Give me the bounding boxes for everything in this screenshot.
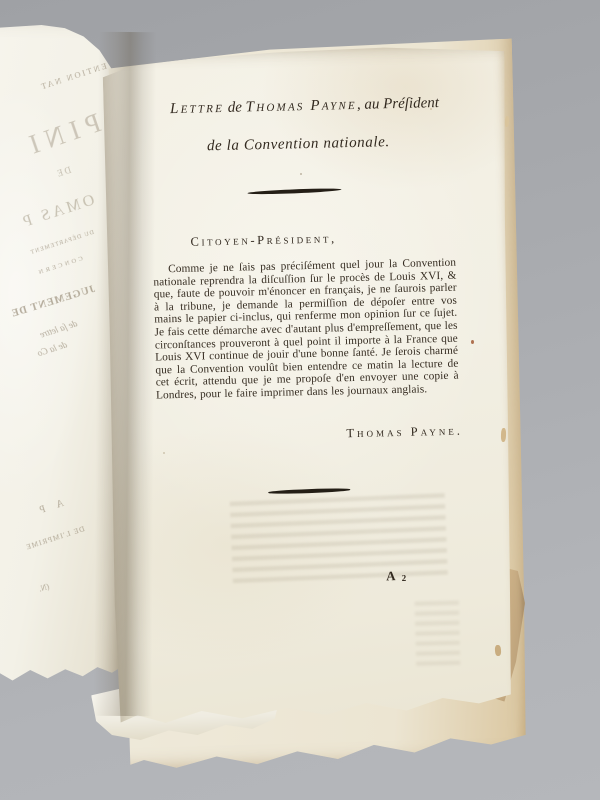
letter-title-line1: Lettre de Thomas Payne, au Préſident xyxy=(113,94,495,120)
showthrough-text: de la Co xyxy=(36,339,68,358)
showthrough-text: A P xyxy=(34,498,66,518)
showthrough-text: de ſa lettre xyxy=(39,318,79,339)
showthrough-ghost-text xyxy=(415,601,460,666)
title-connector: de xyxy=(224,99,246,115)
showthrough-text: DU DÉPARTEMENT xyxy=(29,230,95,256)
title-author-name: Thomas Payne xyxy=(246,97,358,116)
foxing-speck xyxy=(300,173,302,175)
showthrough-text: (N. xyxy=(38,582,51,594)
foxing-speck xyxy=(471,340,474,344)
showthrough-text: DE L'IMPRIME xyxy=(24,524,86,552)
foxing-speck xyxy=(430,108,432,110)
letter-page: Lettre de Thomas Payne, au Préſident de … xyxy=(102,44,520,741)
swelled-rule-top xyxy=(247,187,341,195)
showthrough-text: OMAS P xyxy=(18,191,97,232)
page-edge-chip xyxy=(501,428,506,442)
showthrough-text: JUGEMENT DE xyxy=(10,284,97,320)
signature-mark: A2 xyxy=(386,568,407,584)
title-word-lettre: Lettre xyxy=(170,100,224,117)
title-connector: , au xyxy=(357,96,384,113)
letter-body: Comme je ne ſais pas préciſément quel jo… xyxy=(153,257,459,402)
swelled-rule-bottom xyxy=(268,488,350,495)
showthrough-text: CONCERN xyxy=(35,255,83,277)
salutation: Citoyen-Président, xyxy=(190,231,337,249)
signature-mark-number: 2 xyxy=(402,573,408,583)
foxing-speck xyxy=(163,452,165,454)
page-edge-chip xyxy=(495,645,502,656)
showthrough-text: ENTION NAT xyxy=(38,61,108,92)
signature: Thomas Payne. xyxy=(346,424,463,442)
letter-title-line2: de la Convention nationale. xyxy=(104,132,492,158)
showthrough-ghost-text xyxy=(230,493,448,590)
signature-mark-letter: A xyxy=(386,568,397,583)
showthrough-text: PINI xyxy=(19,107,105,163)
showthrough-text: DE xyxy=(54,165,72,179)
